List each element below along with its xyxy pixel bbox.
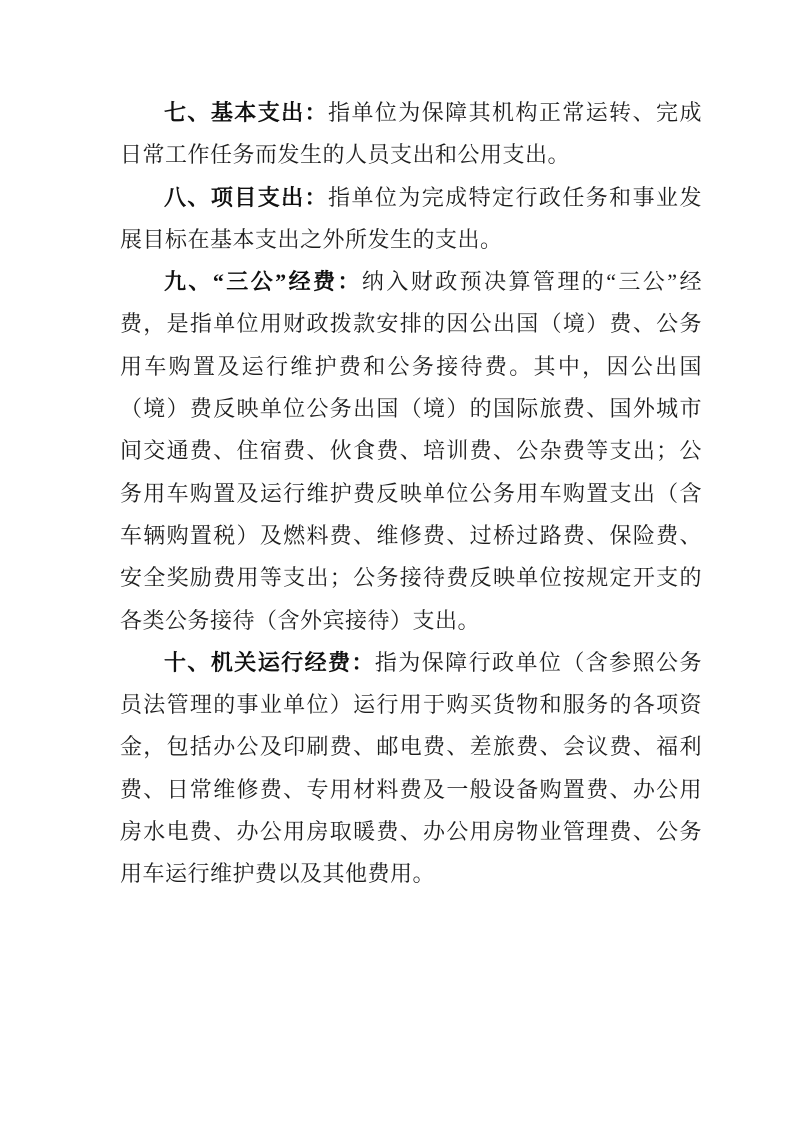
paragraph-basic-expenditure: 七、基本支出：指单位为保障其机构正常运转、完成日常工作任务而发生的人员支出和公用… [120,92,702,177]
document-body: 七、基本支出：指单位为保障其机构正常运转、完成日常工作任务而发生的人员支出和公用… [120,92,702,896]
document-page: 七、基本支出：指单位为保障其机构正常运转、完成日常工作任务而发生的人员支出和公用… [0,0,793,1122]
paragraph-project-expenditure: 八、项目支出：指单位为完成特定行政任务和事业发展目标在基本支出之外所发生的支出。 [120,177,702,262]
term-label-agency-operating-funds: 十、机关运行经费： [164,650,375,675]
term-definition-agency-operating-funds: 指为保障行政单位（含参照公务员法管理的事业单位）运行用于购买货物和服务的各项资金… [120,650,702,886]
paragraph-agency-operating-funds: 十、机关运行经费：指为保障行政单位（含参照公务员法管理的事业单位）运行用于购买货… [120,642,702,896]
term-label-three-public-funds: 九、“三公”经费： [164,269,362,294]
paragraph-three-public-funds: 九、“三公”经费：纳入财政预决算管理的“三公”经费，是指单位用财政拨款安排的因公… [120,261,702,642]
term-label-project-expenditure: 八、项目支出： [164,185,328,210]
term-definition-three-public-funds: 纳入财政预决算管理的“三公”经费，是指单位用财政拨款安排的因公出国（境）费、公务… [120,269,702,632]
term-label-basic-expenditure: 七、基本支出： [164,100,328,125]
